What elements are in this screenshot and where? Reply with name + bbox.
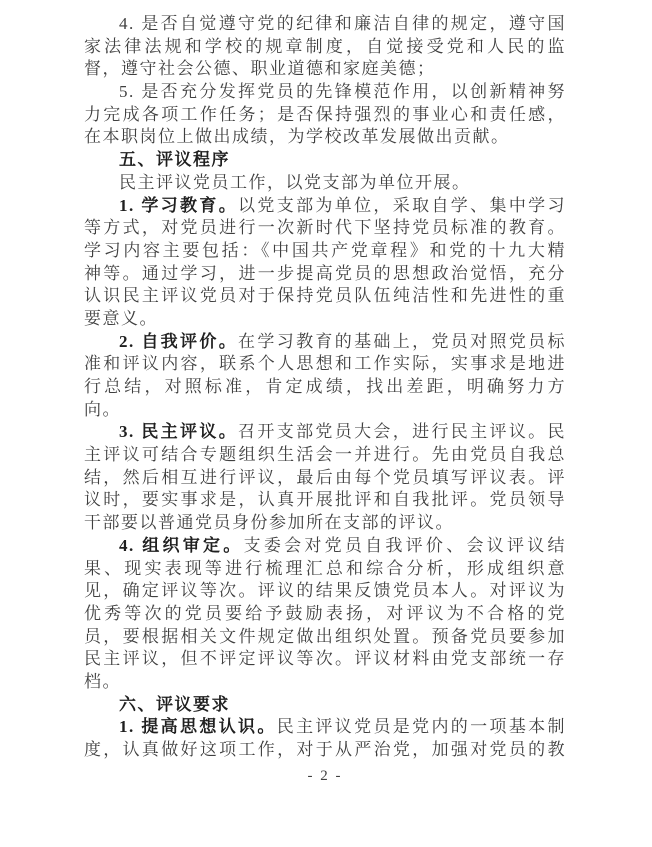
text-line: 督，遵守社会公德、职业道德和家庭美德； [84, 58, 566, 81]
document-body: 4. 是否自觉遵守党的纪律和廉洁自律的规定，遵守国家法律法规和学校的规章制度，自… [84, 0, 566, 762]
text-segment: 在学习教育的基础上，党员对照党员标 [238, 332, 566, 351]
text-segment: 在本职岗位上做出成绩，为学校改革发展做出贡献。 [84, 127, 510, 146]
text-line: 1. 学习教育。以党支部为单位，采取自学、集中学习 [84, 195, 566, 218]
text-line: 度，认真做好这项工作，对于从严治党，加强对党员的教 [84, 739, 566, 762]
text-segment: 档。 [84, 672, 121, 691]
text-segment: 度，认真做好这项工作，对于从严治党，加强对党员的教 [84, 740, 566, 759]
text-line: 认识民主评议党员对于保持党员队伍纯洁性和先进性的重 [84, 285, 566, 308]
text-segment: 5. 是否充分发挥党员的先锋模范作用，以创新精神努 [119, 82, 566, 101]
text-segment: 议时，要实事求是，认真开展批评和自我批评。党员领导 [84, 490, 566, 509]
text-segment: 优秀等次的党员要给予鼓励表扬，对评议为不合格的党 [84, 604, 566, 623]
text-line: 在本职岗位上做出成绩，为学校改革发展做出贡献。 [84, 126, 566, 149]
bold-lead: 六、评议要求 [119, 695, 230, 714]
text-segment: 主评议可结合专题组织生活会一并进行。先由党员自我总 [84, 445, 566, 464]
text-segment: 认识民主评议党员对于保持党员队伍纯洁性和先进性的重 [84, 286, 566, 305]
text-line: 向。 [84, 399, 566, 422]
text-line: 见，确定评议等次。评议的结果反馈党员本人。对评议为 [84, 580, 566, 603]
bold-lead: 五、评议程序 [119, 150, 230, 169]
text-line: 议时，要实事求是，认真开展批评和自我批评。党员领导 [84, 489, 566, 512]
text-line: 主评议可结合专题组织生活会一并进行。先由党员自我总 [84, 444, 566, 467]
text-line: 优秀等次的党员要给予鼓励表扬，对评议为不合格的党 [84, 603, 566, 626]
text-line: 3. 民主评议。召开支部党员大会，进行民主评议。民 [84, 421, 566, 444]
text-line: 民主评议，但不评定评议等次。评议材料由党支部统一存 [84, 648, 566, 671]
text-segment: 民主评议党员是党内的一项基本制 [277, 717, 566, 736]
text-line: 行总结，对照标准，肯定成绩，找出差距，明确努力方 [84, 376, 566, 399]
text-line: 等方式，对党员进行一次新时代下坚持党员标准的教育。 [84, 217, 566, 240]
text-line: 结，然后相互进行评议，最后由每个党员填写评议表。评 [84, 467, 566, 490]
page-number: - 2 - [84, 768, 566, 785]
text-line: 果、现实表现等进行梳理汇总和综合分析，形成组织意 [84, 558, 566, 581]
text-segment: 要意义。 [84, 309, 158, 328]
text-segment: 神等。通过学习，进一步提高党员的思想政治觉悟，充分 [84, 264, 566, 283]
text-line: 2. 自我评价。在学习教育的基础上，党员对照党员标 [84, 331, 566, 354]
text-line: 民主评议党员工作，以党支部为单位开展。 [84, 172, 566, 195]
text-segment: 召开支部党员大会，进行民主评议。民 [238, 422, 566, 441]
text-segment: 向。 [84, 400, 121, 419]
text-segment: 结，然后相互进行评议，最后由每个党员填写评议表。评 [84, 468, 566, 487]
bold-lead: 4. 组织审定。 [119, 536, 244, 555]
text-segment: 民主评议，但不评定评议等次。评议材料由党支部统一存 [84, 649, 566, 668]
text-line: 干部要以普通党员身份参加所在支部的评议。 [84, 512, 566, 535]
bold-lead: 1. 提高思想认识。 [119, 717, 277, 736]
text-line: 六、评议要求 [84, 694, 566, 717]
bold-lead: 1. 学习教育。 [119, 196, 238, 215]
text-line: 力完成各项工作任务；是否保持强烈的事业心和责任感， [84, 104, 566, 127]
text-segment: 4. 是否自觉遵守党的纪律和廉洁自律的规定，遵守国 [119, 14, 566, 33]
text-segment: 民主评议党员工作，以党支部为单位开展。 [119, 173, 471, 192]
text-line: 员，要根据相关文件规定做出组织处置。预备党员要参加 [84, 626, 566, 649]
document-page: 4. 是否自觉遵守党的纪律和廉洁自律的规定，遵守国家法律法规和学校的规章制度，自… [0, 0, 652, 847]
text-segment: 家法律法规和学校的规章制度，自觉接受党和人民的监 [84, 37, 566, 56]
text-segment: 支委会对党员自我评价、会议评议结 [244, 536, 566, 555]
text-line: 准和评议内容，联系个人思想和工作实际，实事求是地进 [84, 353, 566, 376]
text-line: 学习内容主要包括：《中国共产党章程》和党的十九大精 [84, 240, 566, 263]
text-segment: 员，要根据相关文件规定做出组织处置。预备党员要参加 [84, 627, 566, 646]
text-line: 5. 是否充分发挥党员的先锋模范作用，以创新精神努 [84, 81, 566, 104]
text-line: 要意义。 [84, 308, 566, 331]
bold-lead: 2. 自我评价。 [119, 332, 238, 351]
text-segment: 见，确定评议等次。评议的结果反馈党员本人。对评议为 [84, 581, 566, 600]
text-line: 4. 是否自觉遵守党的纪律和廉洁自律的规定，遵守国 [84, 13, 566, 36]
text-line: 4. 组织审定。支委会对党员自我评价、会议评议结 [84, 535, 566, 558]
text-segment: 以党支部为单位，采取自学、集中学习 [238, 196, 566, 215]
text-segment: 学习内容主要包括：《中国共产党章程》和党的十九大精 [84, 241, 566, 260]
text-segment: 行总结，对照标准，肯定成绩，找出差距，明确努力方 [84, 377, 566, 396]
text-segment: 督，遵守社会公德、职业道德和家庭美德； [84, 59, 436, 78]
text-segment: 等方式，对党员进行一次新时代下坚持党员标准的教育。 [84, 218, 566, 237]
text-segment: 力完成各项工作任务；是否保持强烈的事业心和责任感， [84, 105, 566, 124]
text-line: 家法律法规和学校的规章制度，自觉接受党和人民的监 [84, 36, 566, 59]
bold-lead: 3. 民主评议。 [119, 422, 238, 441]
text-line: 五、评议程序 [84, 149, 566, 172]
text-line: 神等。通过学习，进一步提高党员的思想政治觉悟，充分 [84, 263, 566, 286]
text-line: 1. 提高思想认识。民主评议党员是党内的一项基本制 [84, 716, 566, 739]
text-line: 档。 [84, 671, 566, 694]
text-segment: 果、现实表现等进行梳理汇总和综合分析，形成组织意 [84, 559, 566, 578]
text-segment: 准和评议内容，联系个人思想和工作实际，实事求是地进 [84, 354, 566, 373]
text-segment: 干部要以普通党员身份参加所在支部的评议。 [84, 513, 454, 532]
